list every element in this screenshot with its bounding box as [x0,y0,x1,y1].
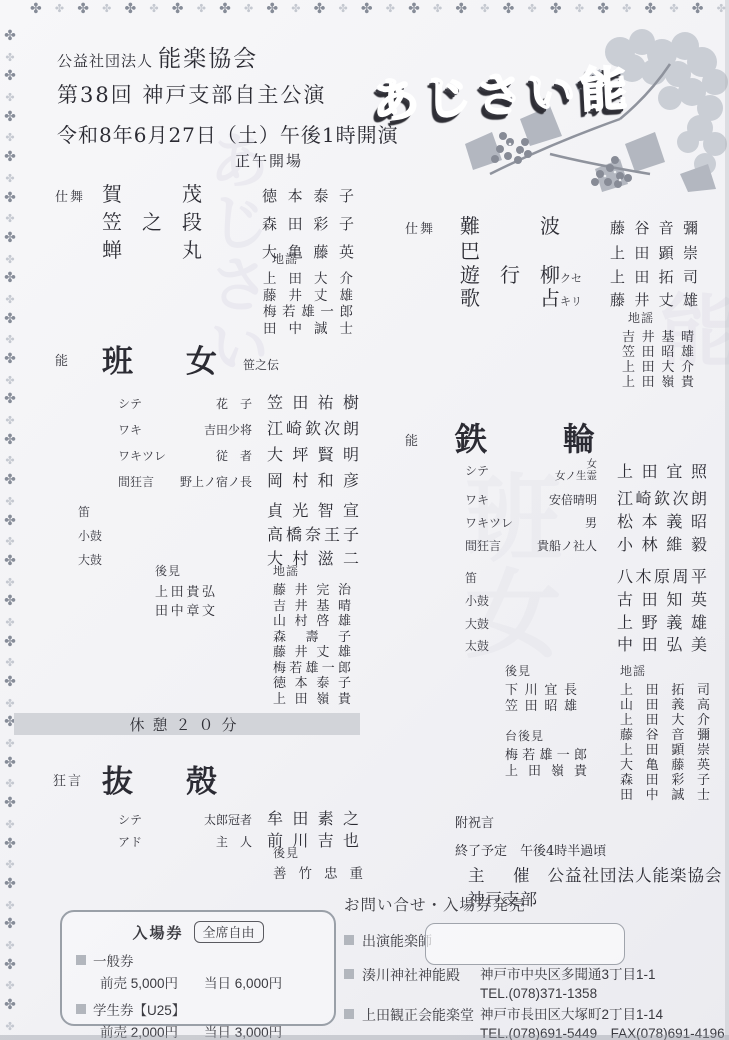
clover-icon: ✤ [4,391,16,407]
venue-tel: TEL.(078)371-1358 [480,984,656,1003]
role-label: ワキツレ [465,514,527,531]
piece-title: 笠之段 [102,206,202,235]
ticket-box: 入場券 全席自由 一般券 前売 5,000円 当日 6,000円 学生券【U25… [60,910,336,1026]
character-name: 男 [527,514,597,531]
clover-icon: ✤ [4,472,16,488]
ticket-advance-price: 前売 5,000円 [100,972,178,992]
clover-icon: ✤ [4,674,16,690]
clover-icon: ✤ [4,876,16,892]
person-name: 下川宜長 [505,683,577,699]
clover-icon: ✤ [5,454,14,467]
person-name: 吉井基晴 [273,599,351,615]
koken-label: 後見 [505,662,587,679]
clover-icon: ✤ [5,51,14,64]
person-name: 上田嶺貴 [273,692,351,708]
performer-name: 江崎欽次朗 [267,416,359,439]
role-label: ワキ [118,421,182,438]
clover-icon: ✤ [5,939,14,952]
clover-icon: ✤ [4,28,16,44]
contact-row: 出演能楽師 [344,931,480,951]
role-label: 太鼓 [465,637,617,654]
clover-icon: ✤ [5,1020,14,1033]
clover-icon: ✤ [4,149,16,165]
jiutai-list: 上田拓司山田義高上田大介藤谷音彌上田顕崇大亀藤英森田彩子田中誠士 [620,683,710,803]
contact-row: 湊川神社神能殿 神戸市中央区多聞通3丁目1-1 TEL.(078)371-135… [344,965,656,1003]
person-name: 上田顕崇 [620,743,710,758]
piece-title: 蝉丸 [102,234,202,263]
jiutai-label: 地謡 [620,662,710,679]
person-name: 梅若雄一郎 [263,304,353,321]
clover-icon: ✤ [4,432,16,448]
role-label: ワキ [465,491,527,508]
clover-icon: ✤ [480,2,489,18]
clover-icon: ✤ [692,1,704,17]
person-name: 山村啓雄 [273,614,351,630]
clover-icon: ✤ [197,2,206,18]
person-name: 田中誠士 [263,321,353,338]
piece-note: キリ [560,293,588,309]
role-label: 間狂言 [465,537,527,554]
character-name: 安倍晴明 [527,491,597,508]
clover-icon: ✤ [644,1,656,17]
genre-label: 狂言 [53,770,83,789]
role-label: 大鼓 [465,615,617,632]
jiutai-block: 地謡 上田大介藤井丈雄梅若雄一郎田中誠士 [263,250,353,337]
clover-icon: ✤ [5,172,14,185]
performer-name: 高橋奈王子 [267,522,359,545]
performer-name: 上野義雄 [617,610,707,633]
clover-icon: ✤ [5,374,14,387]
noh-program-flyer: ✤✤✤✤✤✤✤✤✤✤✤✤✤✤✤✤✤✤✤✤✤✤✤✤✤✤✤✤✤✤ ✤✤✤✤✤✤✤✤✤… [0,0,729,1040]
genre-label: 仕舞 [40,186,102,205]
performer-name: 上田宜照 [617,459,707,482]
clover-icon: ✤ [219,1,231,17]
role-label: 小鼓 [465,592,617,609]
clover-icon: ✤ [4,957,16,973]
performer-name: 森田彩子 [262,213,354,234]
jiutai-list: 藤井完治吉井基晴山村啓雄森壽子藤井丈雄梅若雄一郎徳本泰子上田嶺貴 [273,583,351,707]
clover-icon: ✤ [5,212,14,225]
clover-icon: ✤ [4,795,16,811]
person-name: 藤井丈雄 [273,645,351,661]
clover-icon: ✤ [4,634,16,650]
clover-icon: ✤ [528,2,537,18]
clover-icon: ✤ [550,1,562,17]
person-name: 上田嶺貴 [505,764,587,780]
piece-title: 賀茂 [102,178,202,207]
clover-icon: ✤ [5,777,14,790]
noh-title: 班女 [102,336,217,381]
clover-icon: ✤ [5,737,14,750]
noh-title: 鉄輪 [455,414,595,460]
clover-icon: ✤ [361,1,373,17]
fushugen-label: 附祝言 [455,812,494,831]
koken-label: 後見 [155,562,215,579]
section-noh-hanjo: 能 班女 笹之伝 シテ 花 子 笠田祐樹 ワキ 吉田少将 江崎欽次朗 ワキツレ … [40,336,370,711]
jiutai-label: 地謡 [273,562,351,579]
clover-icon: ✤ [669,2,678,18]
clover-icon: ✤ [5,131,14,144]
performer-name: 古田知英 [617,587,707,610]
role-label: アド [118,833,182,850]
clover-icon: ✤ [4,916,16,932]
clover-icon: ✤ [149,2,158,18]
performer-sales-box [425,923,625,965]
koken-block: 後見 上田貴弘田中章文 [155,562,215,621]
clover-icon: ✤ [172,1,184,17]
character-name: 太郎冠者 [182,811,252,828]
clover-icon: ✤ [455,1,467,17]
person-name: 上田大介 [263,271,353,288]
title-art: あじさい能 [370,24,729,194]
character-name: 女 女ノ生霊 [527,458,597,482]
event-line: 第38回 神戸支部自主公演 [57,79,399,109]
koken-label: 後見 [273,844,363,861]
clover-icon: ✤ [4,311,16,327]
clover-icon: ✤ [386,2,395,18]
genre-label: 能 [405,430,420,449]
clover-icon: ✤ [5,899,14,912]
performer-name: 徳本泰子 [262,185,354,206]
role-label: シテ [118,811,182,828]
bullet-icon [344,969,354,979]
performer-name: 中田弘美 [617,632,707,655]
section-noh-kanawa: 能 鉄輪 シテ 女 女ノ生霊 上田宜照 ワキ 安倍晴明 江崎欽次朗 ワキツレ 男… [400,414,729,804]
clover-icon: ✤ [4,270,16,286]
koken-list: 善竹忠重 [273,865,363,883]
venue-name: 湊川神社神能殿 [362,965,480,1003]
jiutai-list: 上田大介藤井丈雄梅若雄一郎田中誠士 [263,271,353,337]
performer-name: 岡村和彦 [267,468,359,491]
character-name: 野上ノ宿ノ長 [168,473,252,490]
contact-heading: お問い合せ・入場券発売 [344,893,729,915]
section-shimai-left: 仕舞 賀茂 徳本泰子 笠之段 森田彩子 蝉丸 大亀藤英 地謡 上田大介藤井丈雄梅… [40,176,370,331]
clover-icon: ✤ [5,91,14,104]
person-name: 上田大介 [622,360,694,375]
person-name: 藤井完治 [273,583,351,599]
clover-icon: ✤ [4,230,16,246]
daikoken-label: 台後見 [505,727,587,744]
clover-icon: ✤ [244,2,253,18]
character-name: 主 人 [182,833,252,850]
clover-icon: ✤ [266,1,278,17]
role-label: シテ [118,395,182,412]
closing-block: 附祝言 終了予定 午後4時半過頃 主 催公益社団法人能楽協会 神戸支部 [400,812,729,882]
performer-name: 大坪賢明 [267,442,359,465]
bullet-icon [76,955,86,965]
clover-icon: ✤ [433,2,442,18]
clover-icon: ✤ [622,2,631,18]
clover-icon: ✤ [575,2,584,18]
clover-icon: ✤ [77,1,89,17]
person-name: 森壽子 [273,630,351,646]
clover-icon: ✤ [125,1,137,17]
koken-block: 後見 下川宜長笠田昭雄 台後見 梅若雄一郎上田嶺貴 [505,662,587,780]
clover-icon: ✤ [5,495,14,508]
jiutai-label: 地謡 [272,250,353,267]
clover-icon: ✤ [597,1,609,17]
intermission-band: 休憩２０分 [14,713,360,735]
role-label: ワキツレ [118,447,182,464]
org-prefix: 公益社団法人 [57,52,153,70]
kyogen-title: 抜殻 [102,756,217,801]
ticket-item-name: 一般券 [93,950,134,970]
jiutai-block: 地謡 藤井完治吉井基晴山村啓雄森壽子藤井丈雄梅若雄一郎徳本泰子上田嶺貴 [273,562,351,707]
clover-icon: ✤ [5,697,14,710]
clover-icon: ✤ [5,293,14,306]
seating-badge: 全席自由 [194,921,264,943]
clover-icon: ✤ [4,68,16,84]
clover-icon: ✤ [4,513,16,529]
ticket-title: 入場券 [132,922,183,943]
jiutai-block: 地謡 上田拓司山田義高上田大介藤谷音彌上田顕崇大亀藤英森田彩子田中誠士 [620,662,710,803]
role-label: 笛 [465,569,617,586]
scan-edge-bottom [0,1035,729,1040]
jiutai-label: 地謡 [628,309,694,326]
person-name: 上田嶺貴 [622,375,694,390]
character-name: 花 子 [182,395,252,412]
performer-name: 八木原周平 [617,564,707,587]
section-shimai-right: 仕舞 難波 藤谷音彌 巴 上田顕崇 遊行柳 クセ 上田拓司 歌占 キリ 藤井丈雄… [400,206,729,391]
koken-list: 上田貴弘田中章文 [155,583,215,621]
clover-icon: ✤ [5,535,14,548]
koken-block: 後見 善竹忠重 [273,844,363,883]
character-name: 従 者 [182,447,252,464]
performer-name: 小林維毅 [617,532,707,555]
org-name: 能楽協会 [158,46,258,72]
person-name: 田中誠士 [620,788,710,803]
header: 公益社団法人 能楽協会 第38回 神戸支部自主公演 令和8年6月27日（土）午後… [57,40,399,171]
clover-icon: ✤ [4,109,16,125]
person-name: 笠田昭雄 [505,699,577,715]
role-label: 笛 [78,503,267,520]
performer-name: 貞光智宣 [267,498,359,521]
performer-name: 藤井丈雄 [610,289,698,310]
clover-icon: ✤ [4,755,16,771]
performer-name: 松本義昭 [617,509,707,532]
clover-icon: ✤ [408,1,420,17]
jiutai-block: 地謡 吉井基晴笠田昭雄上田大介上田嶺貴 [622,309,694,390]
person-name: 森田彩子 [620,773,710,788]
clover-icon: ✤ [5,818,14,831]
section-kyogen: 狂言 抜殻 シテ 太郎冠者 牟田素之 アド 主 人 前川吉也 後見 善竹忠重 [40,756,370,886]
person-name: 田中章文 [155,602,215,621]
clover-icon: ✤ [5,656,14,669]
jiutai-list: 吉井基晴笠田昭雄上田大介上田嶺貴 [622,330,694,390]
clover-icon: ✤ [5,979,14,992]
person-name: 山田義高 [620,698,710,713]
clover-icon: ✤ [5,858,14,871]
person-name: 藤井丈雄 [263,288,353,305]
character-name: 貴船ノ社人 [527,537,597,554]
clover-icon: ✤ [4,836,16,852]
daikoken-list: 梅若雄一郎上田嶺貴 [505,748,587,780]
clover-icon: ✤ [338,2,347,18]
person-name: 梅若雄一郎 [505,748,587,764]
clover-icon: ✤ [5,333,14,346]
person-name: 上田貴弘 [155,583,215,602]
performer-name: 笠田祐樹 [267,390,359,413]
clover-icon: ✤ [55,2,64,18]
clover-icon: ✤ [314,1,326,17]
clover-border-top: ✤✤✤✤✤✤✤✤✤✤✤✤✤✤✤✤✤✤✤✤✤✤✤✤✤✤✤✤✤✤ [30,1,726,17]
program-title: あじさい能 [370,51,633,132]
person-name: 梅若雄一郎 [273,661,351,677]
organization-line: 公益社団法人 能楽協会 [57,40,399,73]
role-label: シテ [465,462,527,479]
person-name: 上田拓司 [620,683,710,698]
clover-icon: ✤ [503,1,515,17]
clover-icon: ✤ [4,997,16,1013]
ticket-item-name: 学生券【U25】 [93,999,185,1019]
koken-list: 下川宜長笠田昭雄 [505,683,577,715]
date-line: 令和8年6月27日（土）午後1時開演 [57,119,399,148]
venue-address: 神戸市中央区多聞通3丁目1-1 TEL.(078)371-1358 [480,965,656,1003]
bullet-icon [344,935,354,945]
genre-label: 能 [55,350,70,369]
clover-icon: ✤ [5,616,14,629]
person-name: 藤谷音彌 [620,728,710,743]
clover-icon: ✤ [5,576,14,589]
person-name: 徳本泰子 [273,676,351,692]
contact-block: お問い合せ・入場券発売 出演能楽師 湊川神社神能殿 神戸市中央区多聞通3丁目1-… [344,893,729,915]
clover-icon: ✤ [4,351,16,367]
noh-subtitle: 笹之伝 [243,356,279,373]
clover-icon: ✤ [30,1,42,17]
role-label: 間狂言 [118,473,168,490]
clover-icon: ✤ [4,190,16,206]
clover-icon: ✤ [291,2,300,18]
clover-icon: ✤ [4,593,16,609]
clover-icon: ✤ [5,253,14,266]
role-label: 小鼓 [78,527,267,544]
clover-icon: ✤ [102,2,111,18]
person-name: 笠田昭雄 [622,345,694,360]
end-time-line: 終了予定 午後4時半過頃 [455,840,606,859]
character-name: 吉田少将 [182,421,252,438]
person-name: 上田大介 [620,713,710,728]
performer-name: 江崎欽次朗 [617,486,707,509]
clover-icon: ✤ [5,414,14,427]
clover-icon: ✤ [4,553,16,569]
ticket-day-price: 当日 6,000円 [204,972,282,992]
scan-edge-right [725,0,729,1040]
clover-border-left: ✤✤✤✤✤✤✤✤✤✤✤✤✤✤✤✤✤✤✤✤✤✤✤✤✤✤✤✤✤✤✤✤✤✤✤✤✤✤✤✤… [2,28,18,1032]
performer-name: 牟田素之 [267,806,359,829]
person-name: 大亀藤英 [620,758,710,773]
person-name: 善竹忠重 [273,865,363,883]
bullet-icon [344,1009,354,1019]
piece-title: 歌占 [460,282,560,311]
person-name: 吉井基晴 [622,330,694,345]
bullet-icon [76,1004,86,1014]
